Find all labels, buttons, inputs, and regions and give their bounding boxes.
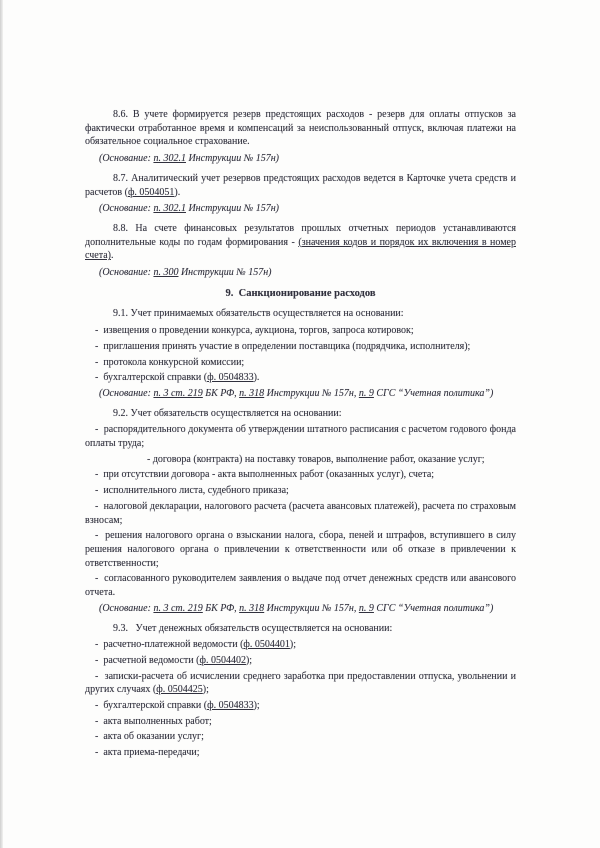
paragraph: 8.7. Аналитический учет резервов предсто… bbox=[85, 172, 516, 199]
text-run: - протокола конкурсной комиссии; bbox=[95, 357, 244, 368]
reference-link: ф. 0504402 bbox=[199, 655, 245, 666]
text-run: 9.2. Учет обязательств осуществляется на… bbox=[113, 408, 341, 419]
list-item: - расчетно-платежной ведомости (ф. 05044… bbox=[85, 638, 516, 652]
text-run: . bbox=[111, 250, 114, 261]
list-item: - налоговой декларации, налогового расче… bbox=[85, 500, 516, 527]
text-run: (Основание: bbox=[99, 603, 153, 614]
basis: (Основание: п. 302.1 Инструкции № 157н) bbox=[85, 202, 516, 216]
list-item-indented: - договора (контракта) на поставку товар… bbox=[85, 453, 516, 467]
heading: 9. Санкционирование расходов bbox=[85, 287, 516, 301]
list-item: - акта приема-передачи; bbox=[85, 746, 516, 760]
paragraph: 9.3. Учет денежных обязательств осуществ… bbox=[85, 622, 516, 636]
text-run: БК РФ, bbox=[203, 603, 239, 614]
list-item: - протокола конкурсной комиссии; bbox=[85, 356, 516, 370]
paragraph: 9.2. Учет обязательств осуществляется на… bbox=[85, 407, 516, 421]
reference-link: п. 302.1 bbox=[153, 203, 186, 214]
list-item: - бухгалтерской справки (ф. 0504833). bbox=[85, 371, 516, 385]
reference-link: ф. 0504401 bbox=[243, 639, 289, 650]
list-item: - приглашения принять участие в определе… bbox=[85, 340, 516, 354]
reference-link: п. 3 ст. 219 bbox=[153, 388, 202, 399]
reference-link: п. 300 bbox=[153, 267, 178, 278]
list-item: - исполнительного листа, судебного прика… bbox=[85, 484, 516, 498]
text-run: - расчетно-платежной ведомости ( bbox=[95, 639, 243, 650]
reference-link: п. 9 bbox=[359, 603, 374, 614]
list-item: - согласованного руководителем заявления… bbox=[85, 572, 516, 599]
text-run: ); bbox=[246, 655, 252, 666]
list-item: - распорядительного документа об утвержд… bbox=[85, 423, 516, 450]
text-run: СГС “Учетная политика”) bbox=[374, 388, 493, 399]
reference-link: п. 3 ст. 219 bbox=[153, 603, 202, 614]
text-run: 9.1. Учет принимаемых обязательств осуще… bbox=[113, 308, 404, 319]
text-run: - согласованного руководителем заявления… bbox=[85, 573, 516, 598]
reference-link: ф. 0504833 bbox=[207, 700, 253, 711]
text-run: - извещения о проведении конкурса, аукци… bbox=[95, 325, 414, 336]
text-run: - договора (контракта) на поставку товар… bbox=[147, 454, 485, 465]
text-run: (Основание: bbox=[99, 388, 153, 399]
basis: (Основание: п. 3 ст. 219 БК РФ, п. 318 И… bbox=[85, 602, 516, 616]
text-run: - расчетной ведомости ( bbox=[95, 655, 199, 666]
list-item: - акта выполненных работ; bbox=[85, 715, 516, 729]
text-run: - при отсутствии договора - акта выполне… bbox=[95, 469, 434, 480]
list-item: - расчетной ведомости (ф. 0504402); bbox=[85, 654, 516, 668]
text-run: 9. Санкционирование расходов bbox=[225, 288, 375, 299]
list-item: - решения налогового органа о взыскании … bbox=[85, 529, 516, 570]
text-run: ); bbox=[203, 684, 209, 695]
list-item: - бухгалтерской справки (ф. 0504833); bbox=[85, 699, 516, 713]
text-run: 9.3. Учет денежных обязательств осуществ… bbox=[113, 623, 392, 634]
reference-link: п. 9 bbox=[359, 388, 374, 399]
text-run: (Основание: bbox=[99, 153, 153, 164]
reference-link: п. 318 bbox=[239, 388, 264, 399]
text-run: 8.6. В учете формируется резерв предстоя… bbox=[85, 109, 516, 147]
text-run: Инструкции № 157н, bbox=[264, 603, 359, 614]
text-run: Инструкции № 157н) bbox=[186, 153, 279, 164]
text-run: - решения налогового органа о взыскании … bbox=[85, 530, 516, 568]
list-item: - при отсутствии договора - акта выполне… bbox=[85, 468, 516, 482]
text-run: (Основание: bbox=[99, 203, 153, 214]
text-run: - распорядительного документа об утвержд… bbox=[85, 424, 516, 449]
basis: (Основание: п. 302.1 Инструкции № 157н) bbox=[85, 152, 516, 166]
scan-edge-shadow bbox=[0, 0, 3, 848]
text-run: - бухгалтерской справки ( bbox=[95, 700, 207, 711]
document-content: 8.6. В учете формируется резерв предстоя… bbox=[85, 108, 516, 762]
text-run: - акта приема-передачи; bbox=[95, 747, 199, 758]
document-page: 8.6. В учете формируется резерв предстоя… bbox=[0, 0, 600, 848]
paragraph: 9.1. Учет принимаемых обязательств осуще… bbox=[85, 307, 516, 321]
text-run: - записки-расчета об исчислении среднего… bbox=[85, 671, 516, 696]
basis: (Основание: п. 3 ст. 219 БК РФ, п. 318 И… bbox=[85, 387, 516, 401]
text-run: СГС “Учетная политика”) bbox=[374, 603, 493, 614]
text-run: БК РФ, bbox=[203, 388, 239, 399]
text-run: - акта выполненных работ; bbox=[95, 716, 212, 727]
list-item: - акта об оказании услуг; bbox=[85, 730, 516, 744]
text-run: - бухгалтерской справки ( bbox=[95, 372, 207, 383]
text-run: ). bbox=[254, 372, 260, 383]
text-run: - исполнительного листа, судебного прика… bbox=[95, 485, 289, 496]
text-run: Инструкции № 157н) bbox=[178, 267, 271, 278]
list-item: - записки-расчета об исчислении среднего… bbox=[85, 670, 516, 697]
text-run: - приглашения принять участие в определе… bbox=[95, 341, 470, 352]
list-item: - извещения о проведении конкурса, аукци… bbox=[85, 324, 516, 338]
reference-link: ф. 0504833 bbox=[207, 372, 253, 383]
basis: (Основание: п. 300 Инструкции № 157н) bbox=[85, 266, 516, 280]
paragraph: 8.8. На счете финансовых результатов про… bbox=[85, 222, 516, 263]
text-run: ); bbox=[290, 639, 296, 650]
paragraph: 8.6. В учете формируется резерв предстоя… bbox=[85, 108, 516, 149]
text-run: - налоговой декларации, налогового расче… bbox=[85, 501, 516, 526]
text-run: (Основание: bbox=[99, 267, 153, 278]
reference-link: ф. 0504051 bbox=[128, 187, 174, 198]
text-run: ). bbox=[174, 187, 180, 198]
text-run: Инструкции № 157н) bbox=[186, 203, 279, 214]
reference-link: п. 302.1 bbox=[153, 153, 186, 164]
reference-link: ф. 0504425 bbox=[156, 684, 202, 695]
text-run: Инструкции № 157н, bbox=[264, 388, 359, 399]
text-run: ); bbox=[254, 700, 260, 711]
text-run: - акта об оказании услуг; bbox=[95, 731, 204, 742]
reference-link: п. 318 bbox=[239, 603, 264, 614]
